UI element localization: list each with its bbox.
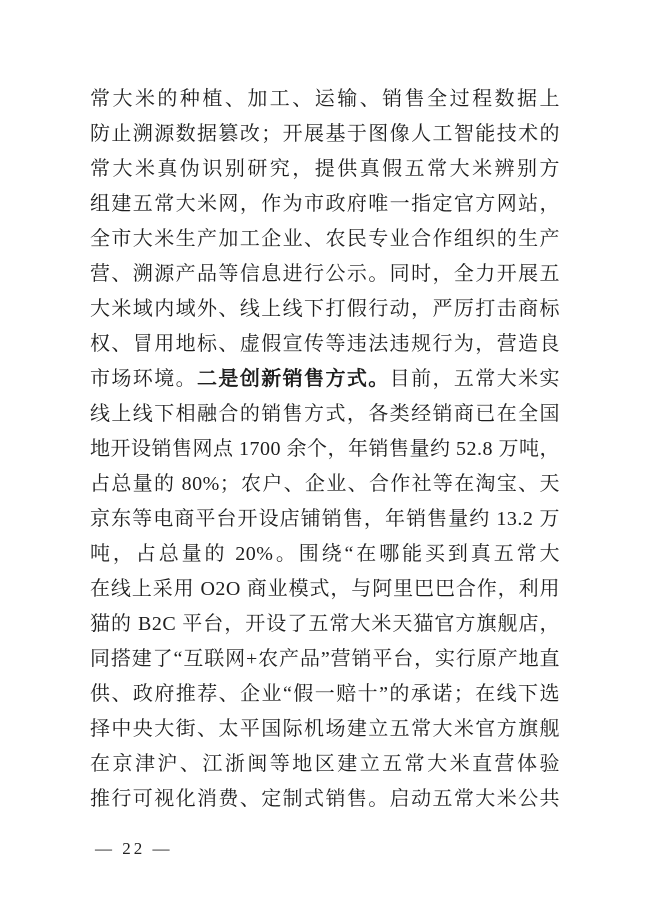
text-line: 占总量的 80%；农户、企业、合作社等在淘宝、天猫、 <box>90 467 560 502</box>
text-run: 防止溯源数据篡改；开展基于图像人工智能技术的五 <box>90 123 560 152</box>
text-run: 同搭建了“互联网+农产品”营销平台，实行原产地直 <box>90 648 560 670</box>
text-run: 京东等电商平台开设店铺销售，年销售量约 13.2 万 <box>90 508 560 530</box>
text-line: 在线上采用 O2O 商业模式，与阿里巴巴合作，利用天 <box>90 572 560 607</box>
text-run: 常大米的种植、加工、运输、销售全过程数据上链， <box>90 88 560 117</box>
text-run: 常大米真伪识别研究，提供真假五常大米辨别方法。 <box>90 158 560 187</box>
bold-text-run: 二是创新销售方式。 <box>197 368 390 390</box>
text-run: 猫的 B2C 平台，开设了五常大米天猫官方旗舰店，共 <box>90 613 560 642</box>
text-run: 占总量的 80%；农户、企业、合作社等在淘宝、天猫、 <box>90 473 560 502</box>
text-run: 市场环境。 <box>90 368 197 390</box>
text-run: 在京津沪、江浙闽等地区建立五常大米直营体验店， <box>90 753 560 782</box>
text-line: 全市大米生产加工企业、农民专业合作组织的生产经 <box>90 222 560 257</box>
text-line: 营、溯源产品等信息进行公示。同时，全力开展五常 <box>90 257 560 292</box>
text-line: 供、政府推荐、企业“假一赔十”的承诺；在线下选 <box>90 677 560 712</box>
text-run: 地开设销售网点 1700 余个，年销售量约 52.8 万吨， <box>90 438 560 460</box>
text-line: 猫的 B2C 平台，开设了五常大米天猫官方旗舰店，共 <box>90 607 560 642</box>
text-run: 吨，占总量的 20%。围绕“在哪能买到真五常大米”， <box>90 543 560 572</box>
text-run: 择中央大街、太平国际机场建立五常大米官方旗舰店， <box>90 718 560 747</box>
text-line: 线上线下相融合的销售方式，各类经销商已在全国各 <box>90 397 560 432</box>
text-line: 地开设销售网点 1700 余个，年销售量约 52.8 万吨， <box>90 432 560 467</box>
text-line: 吨，占总量的 20%。围绕“在哪能买到真五常大米”， <box>90 537 560 572</box>
text-run: 大米域内域外、线上线下打假行动，严厉打击商标侵 <box>90 298 560 327</box>
text-line: 同搭建了“互联网+农产品”营销平台，实行原产地直 <box>90 642 560 677</box>
text-line: 常大米的种植、加工、运输、销售全过程数据上链， <box>90 82 560 117</box>
text-line: 在京津沪、江浙闽等地区建立五常大米直营体验店， <box>90 747 560 782</box>
text-line: 择中央大街、太平国际机场建立五常大米官方旗舰店， <box>90 712 560 747</box>
text-run: 组建五常大米网，作为市政府唯一指定官方网站，对 <box>90 193 560 222</box>
body-text: 常大米的种植、加工、运输、销售全过程数据上链，防止溯源数据篡改；开展基于图像人工… <box>90 82 560 817</box>
text-line: 大米域内域外、线上线下打假行动，严厉打击商标侵 <box>90 292 560 327</box>
text-line: 组建五常大米网，作为市政府唯一指定官方网站，对 <box>90 187 560 222</box>
text-line: 市场环境。二是创新销售方式。目前，五常大米实行 <box>90 362 560 397</box>
text-line: 权、冒用地标、虚假宣传等违法违规行为，营造良好 <box>90 327 560 362</box>
document-page: 常大米的种植、加工、运输、销售全过程数据上链，防止溯源数据篡改；开展基于图像人工… <box>0 0 650 919</box>
text-run: 全市大米生产加工企业、农民专业合作组织的生产经 <box>90 228 560 257</box>
text-run: 推行可视化消费、定制式销售。启动五常大米公共服务 <box>90 788 560 817</box>
text-run: 在线上采用 O2O 商业模式，与阿里巴巴合作，利用天 <box>90 578 560 607</box>
text-line: 防止溯源数据篡改；开展基于图像人工智能技术的五 <box>90 117 560 152</box>
text-run: 供、政府推荐、企业“假一赔十”的承诺；在线下选 <box>90 683 560 705</box>
text-run: 线上线下相融合的销售方式，各类经销商已在全国各 <box>90 403 560 432</box>
text-run: 营、溯源产品等信息进行公示。同时，全力开展五常 <box>90 263 560 292</box>
page-number: — 22 — <box>95 838 173 860</box>
text-line: 京东等电商平台开设店铺销售，年销售量约 13.2 万 <box>90 502 560 537</box>
text-line: 常大米真伪识别研究，提供真假五常大米辨别方法。 <box>90 152 560 187</box>
text-run: 权、冒用地标、虚假宣传等违法违规行为，营造良好 <box>90 333 560 362</box>
text-line: 推行可视化消费、定制式销售。启动五常大米公共服务 <box>90 782 560 817</box>
